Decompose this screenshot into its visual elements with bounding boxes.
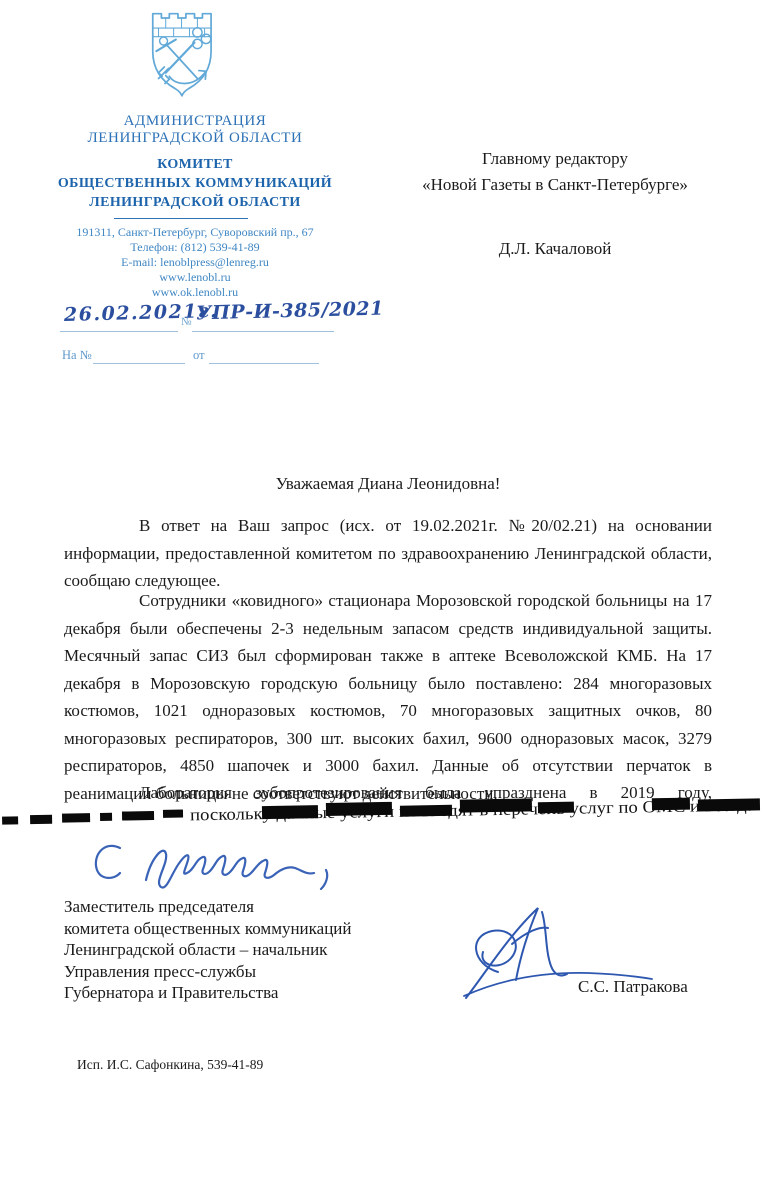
letterhead-website-ok: www.ok.lenobl.ru: [28, 285, 362, 300]
letterhead-divider: [114, 218, 248, 219]
torn-scan-artifact: поскольку данные услуги не входят в пере…: [0, 793, 767, 829]
reply-to-number-label: На №: [62, 348, 92, 363]
letterhead-address: 191311, Санкт-Петербург, Суворовский пр.…: [28, 225, 362, 240]
body-paragraph-2: Сотрудники «ковидного» стационара Морозо…: [64, 587, 712, 807]
position-line: Заместитель председателя: [64, 896, 484, 918]
position-line: Управления пресс-службы: [64, 961, 484, 983]
tear-dashes: [2, 809, 183, 824]
recipient-title: Главному редактору: [385, 146, 725, 172]
salutation: Уважаемая Диана Леонидовна!: [64, 474, 712, 494]
signer-name: С.С. Патракова: [578, 977, 688, 997]
position-line: Губернатора и Правительства: [64, 982, 484, 1004]
reply-from-date-label: от: [193, 348, 205, 363]
number-sign-label: №: [181, 316, 192, 328]
signer-position-block: Заместитель председателя комитета общест…: [64, 896, 484, 1004]
date-underline: [60, 331, 178, 332]
letterhead-email: E-mail: lenoblpress@lenreg.ru: [28, 255, 362, 270]
reply-number-underline: [93, 363, 185, 364]
recipient-block: Главному редактору «Новой Газеты в Санкт…: [385, 146, 725, 262]
committee-name-line2: ОБЩЕСТВЕННЫХ КОММУНИКАЦИЙ: [28, 176, 362, 191]
org-name-line2: ЛЕНИНГРАДСКОЙ ОБЛАСТИ: [28, 131, 362, 146]
recipient-organization: «Новой Газеты в Санкт-Петербурге»: [385, 172, 725, 198]
letter-page: АДМИНИСТРАЦИЯ ЛЕНИНГРАДСКОЙ ОБЛАСТИ КОМИ…: [0, 0, 767, 1200]
number-underline: [192, 331, 334, 332]
committee-name-line1: КОМИТЕТ: [28, 157, 362, 172]
committee-name-line3: ЛЕНИНГРАДСКОЙ ОБЛАСТИ: [28, 195, 362, 210]
outgoing-number-handwritten: УПР-И-385/2021: [196, 298, 384, 325]
coat-of-arms-icon: [147, 6, 219, 102]
recipient-name: Д.Л. Качаловой: [385, 236, 725, 262]
letterhead: АДМИНИСТРАЦИЯ ЛЕНИНГРАДСКОЙ ОБЛАСТИ КОМИ…: [28, 6, 362, 300]
letterhead-website: www.lenobl.ru: [28, 270, 362, 285]
org-name-line1: АДМИНИСТРАЦИЯ: [28, 114, 362, 129]
reply-date-underline: [209, 363, 319, 364]
body-paragraph-1: В ответ на Ваш запрос (исх. от 19.02.202…: [64, 512, 712, 595]
position-line: комитета общественных коммуникаций: [64, 918, 484, 940]
executor-note: Исп. И.С. Сафонкина, 539-41-89: [77, 1057, 263, 1073]
letterhead-phone: Телефон: (812) 539-41-89: [28, 240, 362, 255]
position-line: Ленинградской области – начальник: [64, 939, 484, 961]
with-respect-handwriting: [88, 832, 350, 892]
